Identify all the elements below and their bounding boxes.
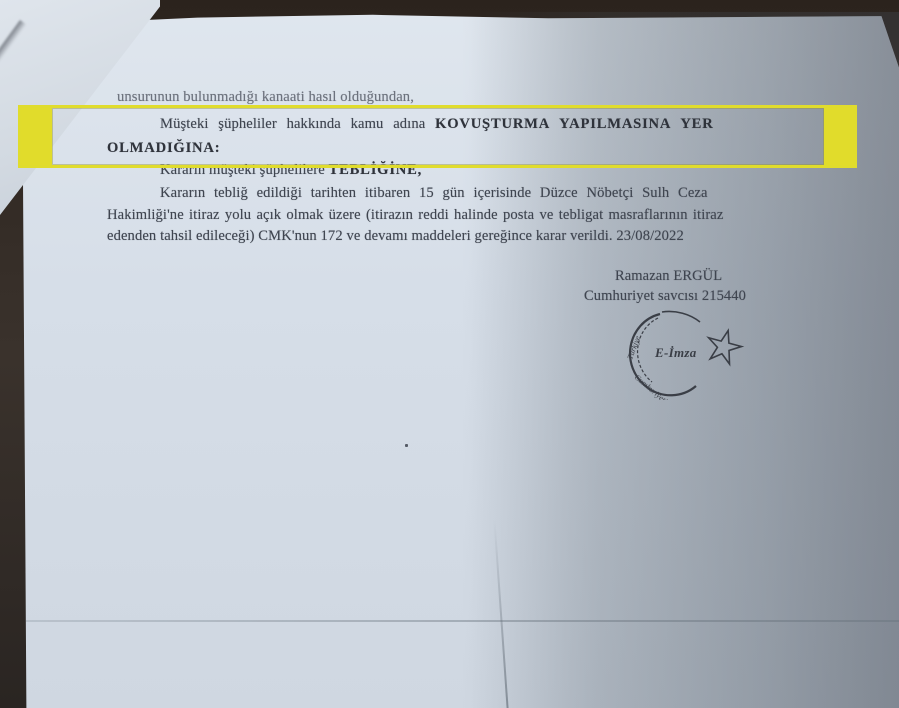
text-line-reason: unsurunun bulunmadığı kanaati hasıl oldu… <box>117 89 414 106</box>
signatory-title: Cumhuriyet savcısı 215440 <box>584 288 746 305</box>
text-line-appeal-3: edenden tahsil edileceği) CMK'nun 172 ve… <box>107 228 684 245</box>
signatory-name: Ramazan ERGÜL <box>615 268 722 285</box>
highlight-annotation-box <box>18 105 857 168</box>
svg-text:Türkiye: Türkiye <box>625 334 642 360</box>
svg-text:Cumhuriyeti: Cumhuriyeti <box>633 373 669 400</box>
e-signature-label: E-İmza <box>655 345 697 361</box>
text-line-appeal-1: Kararın tebliğ edildiği tarihten itibare… <box>160 185 708 202</box>
page-fold-horizontal <box>26 620 899 622</box>
text-line-appeal-2: Hakimliği'ne itiraz yolu açık olmak üzer… <box>107 207 723 224</box>
paper-speck <box>405 444 408 447</box>
